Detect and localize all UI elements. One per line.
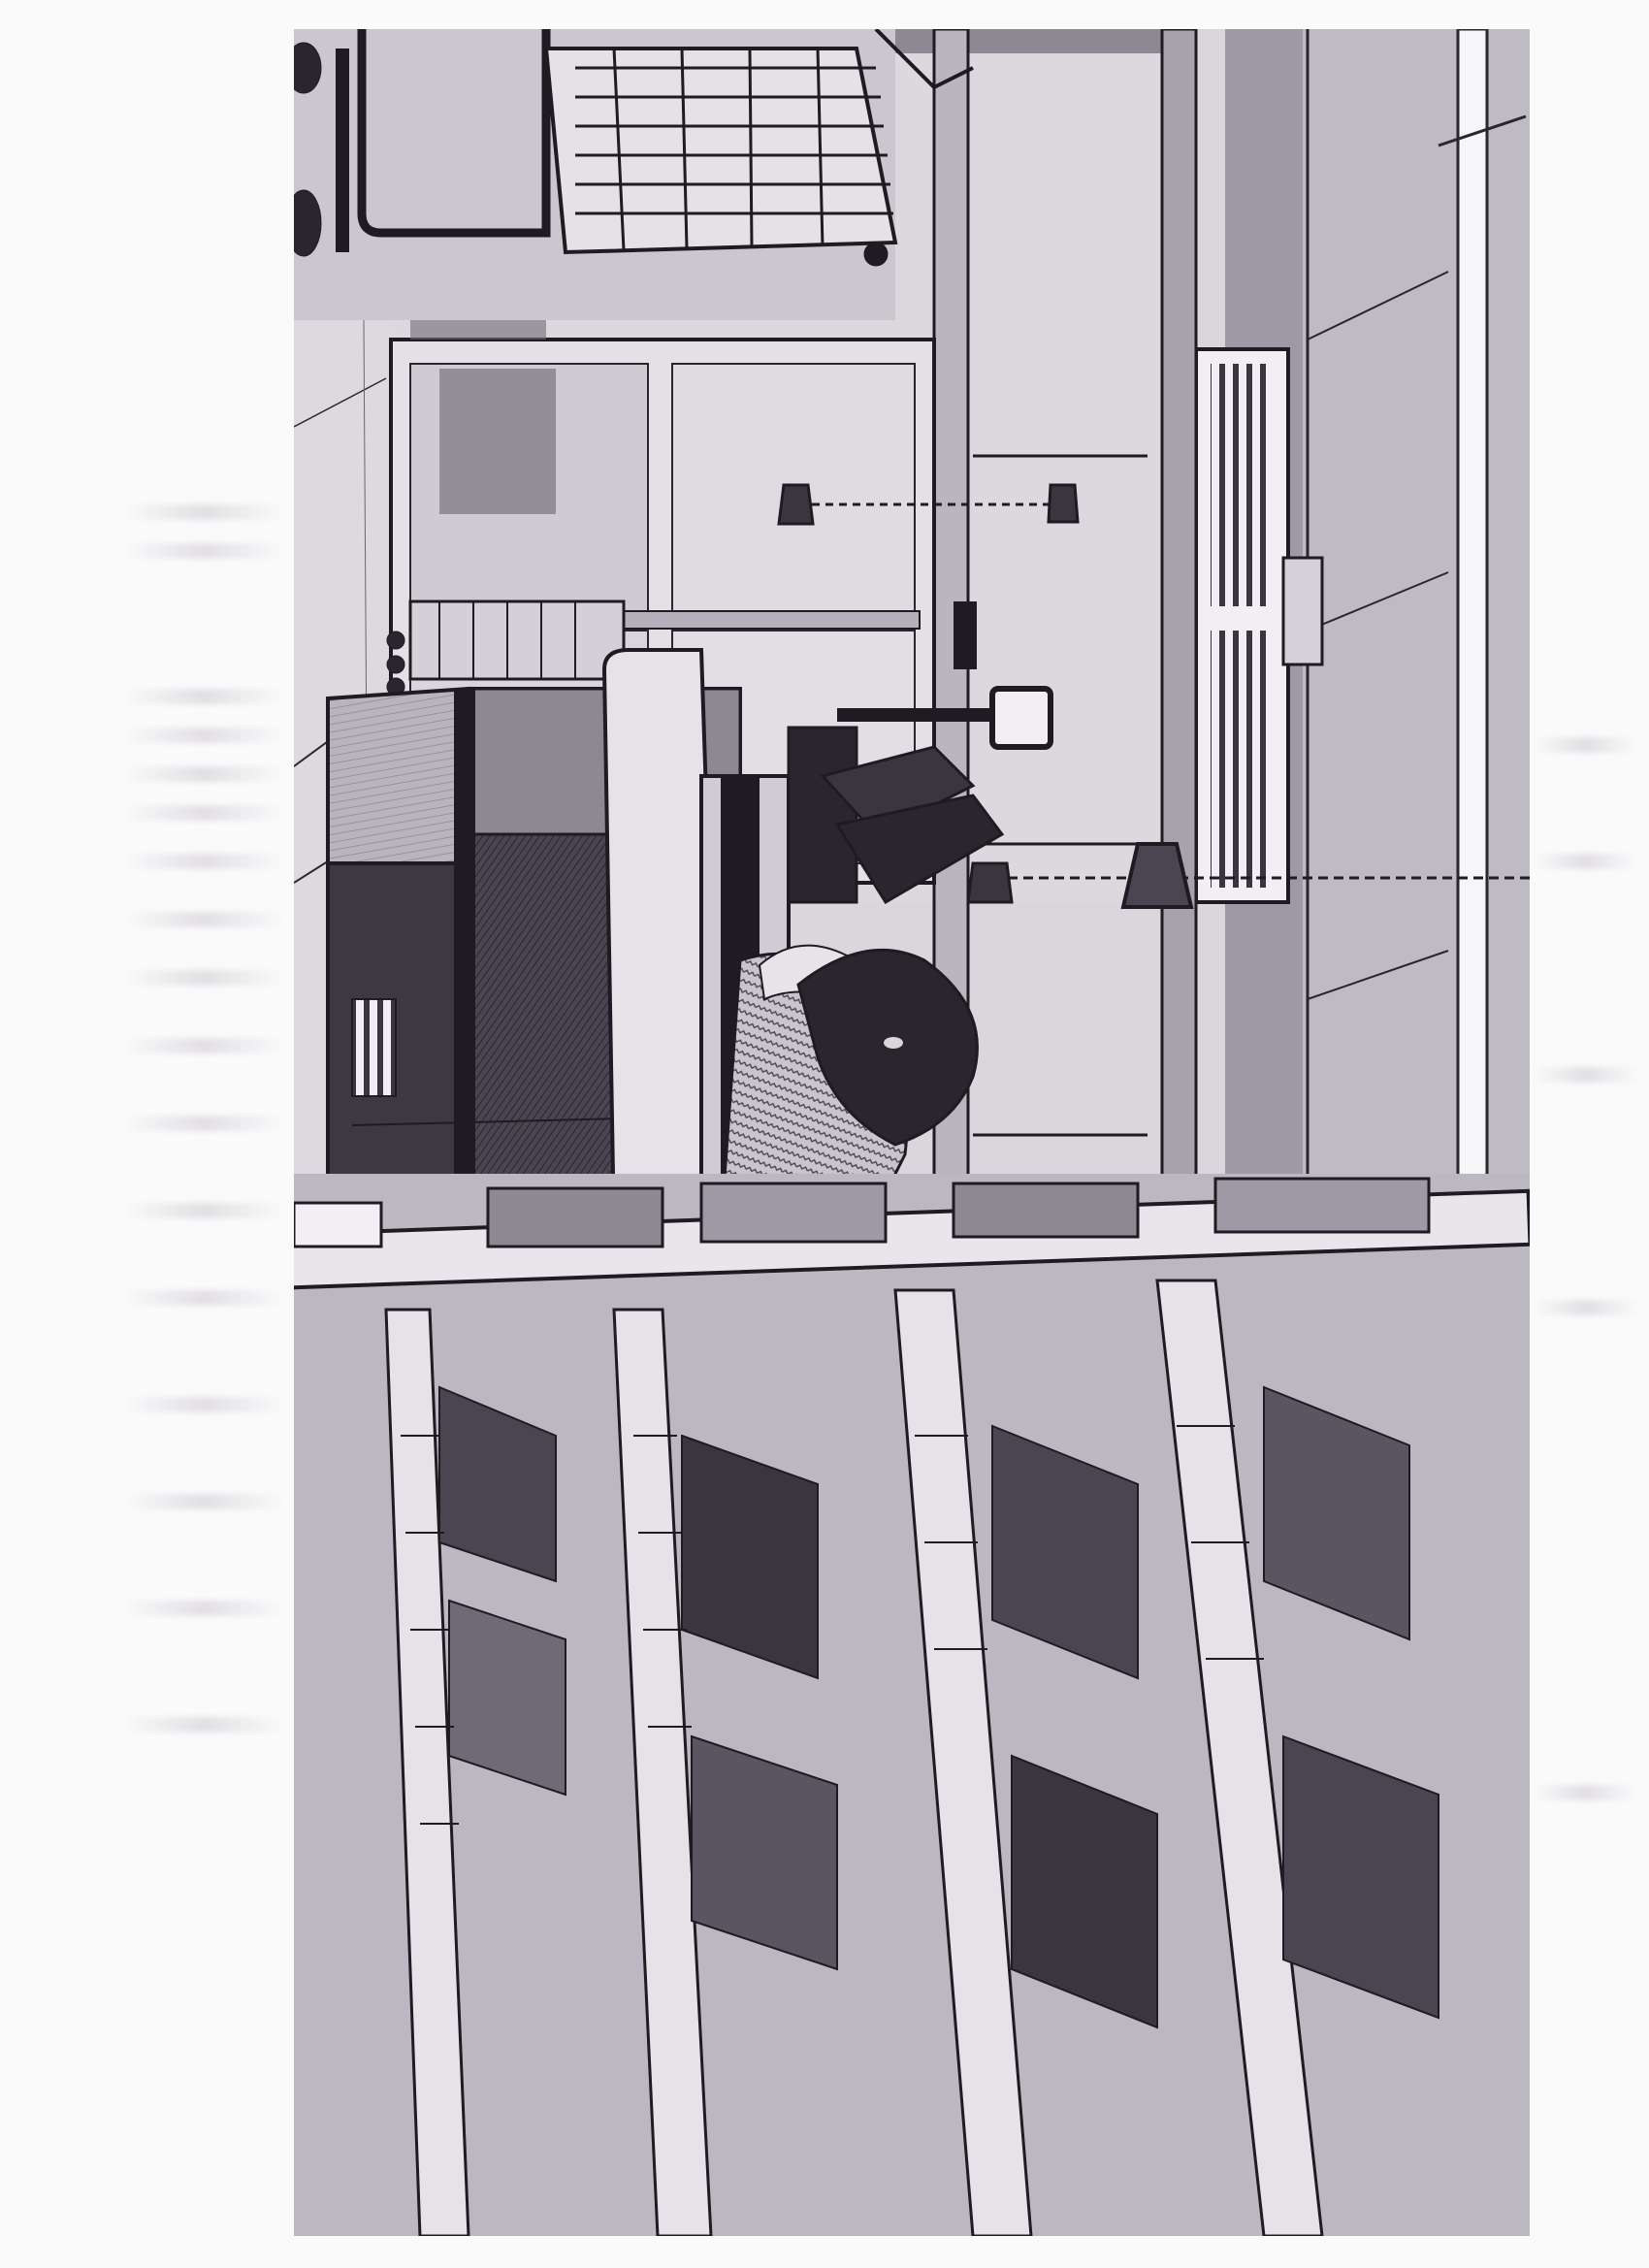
bleed-through-mark xyxy=(1533,1785,1639,1800)
bleed-through-mark xyxy=(121,1203,286,1218)
bleed-through-mark xyxy=(121,970,286,986)
bleed-through-mark xyxy=(121,728,286,743)
bleed-through-mark xyxy=(121,1397,286,1412)
cash-register xyxy=(789,728,857,902)
bleed-through-mark xyxy=(121,1116,286,1131)
snack-shelves xyxy=(294,1174,1530,2236)
shopping-carts xyxy=(294,29,973,320)
illustration-panel xyxy=(294,29,1530,2236)
air-conditioner-vent xyxy=(1196,349,1288,902)
bleed-through-mark xyxy=(121,1494,286,1509)
eye xyxy=(884,1037,903,1049)
bleed-through-mark xyxy=(121,1717,286,1733)
scanned-page: Convenience store interior xyxy=(0,0,1649,2268)
small-bell-icon xyxy=(968,863,1012,902)
bleed-through-mark xyxy=(121,854,286,869)
wall-notice xyxy=(1283,558,1322,664)
bleed-through-mark xyxy=(121,1290,286,1306)
bleed-through-mark xyxy=(1533,854,1639,869)
bleed-through-mark xyxy=(121,912,286,927)
bleed-through-mark xyxy=(121,766,286,782)
bleed-through-mark xyxy=(121,805,286,821)
bleed-through-mark xyxy=(121,689,286,704)
door-handle xyxy=(954,601,977,669)
bleed-through-mark xyxy=(121,543,286,559)
bleed-through-mark xyxy=(121,504,286,520)
bleed-through-mark xyxy=(1533,737,1639,753)
freezer-vent-grille xyxy=(352,999,396,1096)
bleed-through-mark xyxy=(121,1601,286,1616)
bleed-through-mark xyxy=(1533,1067,1639,1083)
bleed-through-mark xyxy=(1533,1300,1639,1315)
bleed-through-mark xyxy=(121,1038,286,1053)
